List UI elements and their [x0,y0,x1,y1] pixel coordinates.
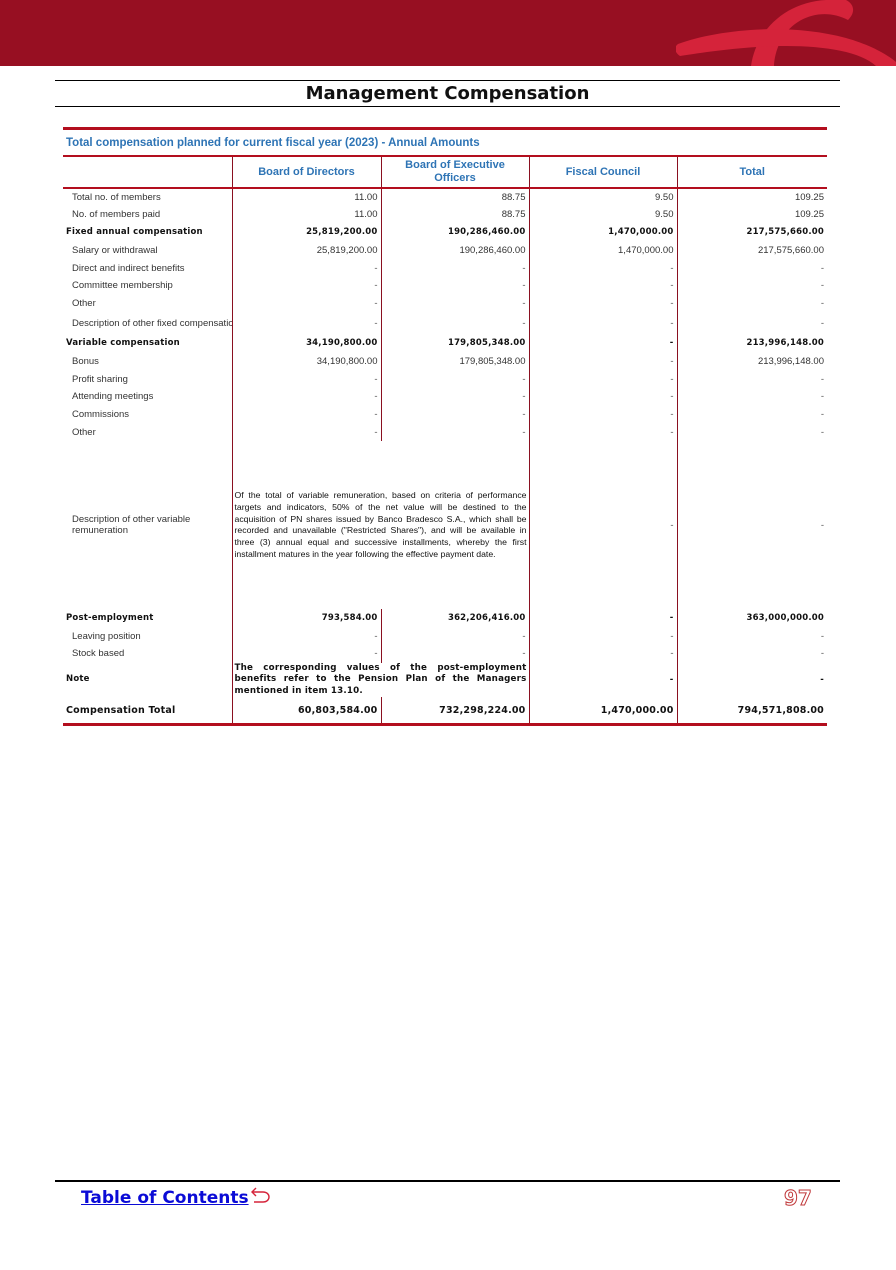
cell-total: - [677,406,827,424]
cell-board-of-directors: 25,819,200.00 [232,241,381,259]
cell-board-of-directors: - [232,313,381,335]
row-label: Compensation Total [63,697,232,724]
cell-board-of-directors: - [232,645,381,663]
cell-total: - [677,627,827,645]
cell-total: 109.25 [677,188,827,206]
cell-board-of-executive-officers: 190,286,460.00 [381,241,529,259]
page-number: 97 [784,1186,812,1210]
cell-board-of-executive-officers: 362,206,416.00 [381,609,529,627]
cell-board-of-executive-officers: - [381,627,529,645]
cell-fiscal-council: - [529,441,677,609]
cell-board-of-executive-officers: - [381,388,529,406]
cell-total: 217,575,660.00 [677,241,827,259]
row-label: Salary or withdrawal [63,241,232,259]
table-row: Post-employment793,584.00362,206,416.00-… [63,609,827,627]
title-rule-top [55,80,840,81]
cell-fiscal-council: 9.50 [529,188,677,206]
cell-board-of-directors: - [232,295,381,313]
cell-board-of-directors: 60,803,584.00 [232,697,381,724]
cell-board-of-executive-officers: 179,805,348.00 [381,352,529,370]
cell-total: - [677,277,827,295]
table-row: Total no. of members11.0088.759.50109.25 [63,188,827,206]
cell-fiscal-council: - [529,645,677,663]
cell-fiscal-council: 9.50 [529,206,677,224]
table-row: Profit sharing---- [63,370,827,388]
row-label: Committee membership [63,277,232,295]
cell-board-of-executive-officers: 88.75 [381,188,529,206]
row-label: Other [63,295,232,313]
cell-board-of-directors: - [232,406,381,424]
table-row: Other---- [63,424,827,442]
title-rule-bottom [55,106,840,107]
cell-board-of-executive-officers: - [381,313,529,335]
row-label: Bonus [63,352,232,370]
cell-board-of-executive-officers: - [381,277,529,295]
header-banner [0,0,896,66]
cell-total: 109.25 [677,206,827,224]
cell-total: 213,996,148.00 [677,352,827,370]
return-arrow-icon[interactable] [250,1186,272,1204]
row-label: Profit sharing [63,370,232,388]
table-row: Salary or withdrawal25,819,200.00190,286… [63,241,827,259]
cell-board-of-directors: - [232,388,381,406]
row-label: Variable compensation [63,335,232,353]
table-row: Leaving position---- [63,627,827,645]
cell-total: - [677,645,827,663]
table-row: Commissions---- [63,406,827,424]
table-row: Description of other fixed compensation-… [63,313,827,335]
cell-fiscal-council: 1,470,000.00 [529,697,677,724]
cell-fiscal-council: 1,470,000.00 [529,241,677,259]
row-label: No. of members paid [63,206,232,224]
cell-fiscal-council: - [529,406,677,424]
cell-total: - [677,313,827,335]
footer-rule [55,1180,840,1182]
cell-fiscal-council: - [529,424,677,442]
cell-fiscal-council: - [529,277,677,295]
cell-board-of-directors: 11.00 [232,206,381,224]
column-header-label [63,157,232,188]
cell-board-of-directors: 34,190,800.00 [232,335,381,353]
cell-board-of-executive-officers: - [381,424,529,442]
table-row: Direct and indirect benefits---- [63,259,827,277]
row-label: Leaving position [63,627,232,645]
cell-board-of-executive-officers: 190,286,460.00 [381,224,529,242]
cell-total: 794,571,808.00 [677,697,827,724]
cell-total: 213,996,148.00 [677,335,827,353]
cell-board-of-executive-officers: - [381,406,529,424]
table-row: Committee membership---- [63,277,827,295]
cell-board-of-directors: 793,584.00 [232,609,381,627]
table-row: NoteThe corresponding values of the post… [63,663,827,698]
cell-total: - [677,295,827,313]
row-description: The corresponding values of the post-emp… [232,663,529,698]
table-caption: Total compensation planned for current f… [63,127,827,157]
cell-board-of-executive-officers: - [381,295,529,313]
cell-board-of-executive-officers: - [381,645,529,663]
cell-fiscal-council: - [529,352,677,370]
row-description: Of the total of variable remuneration, b… [232,441,529,609]
cell-total: - [677,663,827,698]
table-row: Fixed annual compensation25,819,200.0019… [63,224,827,242]
cell-total: 363,000,000.00 [677,609,827,627]
cell-total: - [677,259,827,277]
row-label: Description of other fixed compensation [63,313,232,335]
cell-total: - [677,370,827,388]
column-header-total: Total [677,157,827,188]
table-row: Variable compensation34,190,800.00179,80… [63,335,827,353]
table-header-row: Board of Directors Board of Executive Of… [63,157,827,188]
table-row: Compensation Total60,803,584.00732,298,2… [63,697,827,724]
cell-fiscal-council: 1,470,000.00 [529,224,677,242]
cell-fiscal-council: - [529,295,677,313]
cell-fiscal-council: - [529,313,677,335]
table-row: Attending meetings---- [63,388,827,406]
row-label: Total no. of members [63,188,232,206]
cell-board-of-directors: 11.00 [232,188,381,206]
row-label: Stock based [63,645,232,663]
column-header-board-of-executive-officers: Board of Executive Officers [381,157,529,188]
compensation-table-container: Total compensation planned for current f… [63,127,827,726]
cell-board-of-executive-officers: 732,298,224.00 [381,697,529,724]
cell-total: - [677,388,827,406]
cell-fiscal-council: - [529,609,677,627]
cell-fiscal-council: - [529,259,677,277]
row-label: Commissions [63,406,232,424]
table-row: Description of other variable remunerati… [63,441,827,609]
cell-board-of-executive-officers: - [381,370,529,388]
cell-fiscal-council: - [529,335,677,353]
cell-board-of-directors: 34,190,800.00 [232,352,381,370]
row-label: Description of other variable remunerati… [63,441,232,609]
cell-total: 217,575,660.00 [677,224,827,242]
cell-board-of-directors: 25,819,200.00 [232,224,381,242]
bradesco-logo-icon [676,0,896,66]
cell-board-of-directors: - [232,259,381,277]
page-title: Management Compensation [55,82,840,106]
row-label: Direct and indirect benefits [63,259,232,277]
cell-board-of-directors: - [232,627,381,645]
cell-board-of-executive-officers: - [381,259,529,277]
cell-board-of-directors: - [232,370,381,388]
cell-board-of-executive-officers: 88.75 [381,206,529,224]
cell-board-of-executive-officers: 179,805,348.00 [381,335,529,353]
table-row: No. of members paid11.0088.759.50109.25 [63,206,827,224]
table-of-contents-link[interactable]: Table of Contents [81,1188,249,1208]
cell-total: - [677,441,827,609]
column-header-board-of-directors: Board of Directors [232,157,381,188]
cell-fiscal-council: - [529,388,677,406]
compensation-table: Board of Directors Board of Executive Of… [63,157,827,726]
table-row: Other---- [63,295,827,313]
cell-total: - [677,424,827,442]
cell-board-of-directors: - [232,424,381,442]
table-row: Bonus34,190,800.00179,805,348.00-213,996… [63,352,827,370]
row-label: Fixed annual compensation [63,224,232,242]
row-label: Other [63,424,232,442]
cell-fiscal-council: - [529,370,677,388]
row-label: Post-employment [63,609,232,627]
column-header-fiscal-council: Fiscal Council [529,157,677,188]
cell-fiscal-council: - [529,627,677,645]
table-row: Stock based---- [63,645,827,663]
cell-fiscal-council: - [529,663,677,698]
row-label: Note [63,663,232,698]
row-label: Attending meetings [63,388,232,406]
cell-board-of-directors: - [232,277,381,295]
